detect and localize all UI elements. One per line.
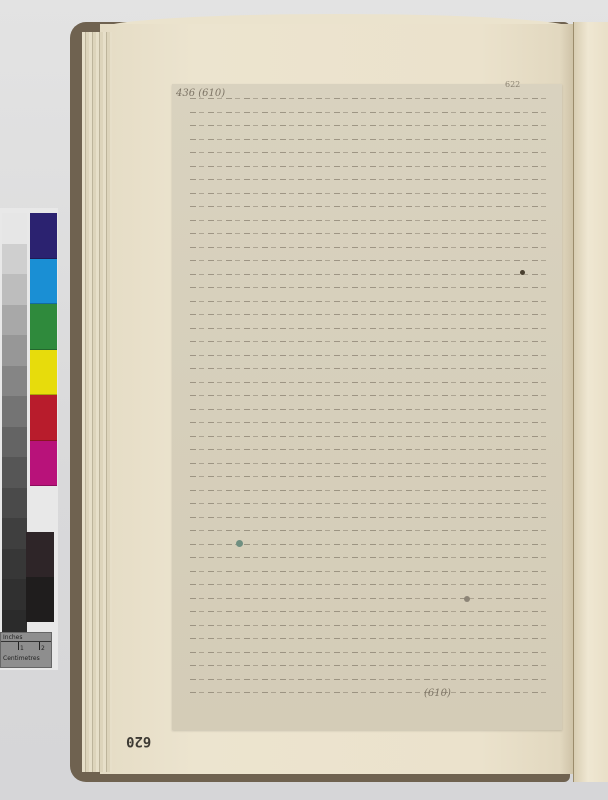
patch-yellow xyxy=(30,350,57,396)
ruler-centimetres-label: Centimetres xyxy=(3,655,40,662)
grayscale-steps xyxy=(2,213,27,640)
gray-step xyxy=(2,488,27,519)
facing-page-gutter xyxy=(573,22,608,782)
folio-number-top-right: 622 xyxy=(505,80,520,89)
gray-step xyxy=(2,427,27,458)
gutter-shadow xyxy=(560,24,574,774)
gray-step xyxy=(2,457,27,488)
ruler-tick-1: 1 xyxy=(20,645,24,652)
handwritten-text xyxy=(190,98,548,690)
stamped-page-number: 620 xyxy=(126,733,151,749)
scale-ruler: Inches 1 2 Centimetres xyxy=(0,632,52,668)
folio-number-bottom: (610) xyxy=(424,688,451,699)
ink-spot xyxy=(520,270,525,275)
patch-magenta xyxy=(30,441,57,487)
ruler-inches-label: Inches xyxy=(3,634,23,641)
ruler-tick-2: 2 xyxy=(41,645,45,652)
patch-cyan xyxy=(30,259,57,305)
gray-step xyxy=(2,335,27,366)
patch-dark-brown xyxy=(26,532,54,577)
patch-red xyxy=(30,395,57,441)
gray-step xyxy=(2,305,27,336)
gray-step xyxy=(2,396,27,427)
color-calibration-target xyxy=(0,208,58,670)
gray-step xyxy=(2,274,27,305)
gray-step xyxy=(2,244,27,275)
gray-step xyxy=(2,549,27,580)
dark-patches xyxy=(26,532,54,622)
ink-spot xyxy=(236,540,243,547)
patch-green xyxy=(30,304,57,350)
manuscript-sheet xyxy=(172,84,562,730)
patch-black xyxy=(26,577,54,622)
ink-spot xyxy=(464,596,470,602)
color-patches xyxy=(30,213,57,486)
gray-step xyxy=(2,213,27,244)
folio-number-top-left: 436 (610) xyxy=(176,88,225,99)
gray-step xyxy=(2,366,27,397)
page-edges xyxy=(82,32,112,772)
gray-step xyxy=(2,579,27,610)
gray-step xyxy=(2,518,27,549)
patch-blue xyxy=(30,213,57,259)
